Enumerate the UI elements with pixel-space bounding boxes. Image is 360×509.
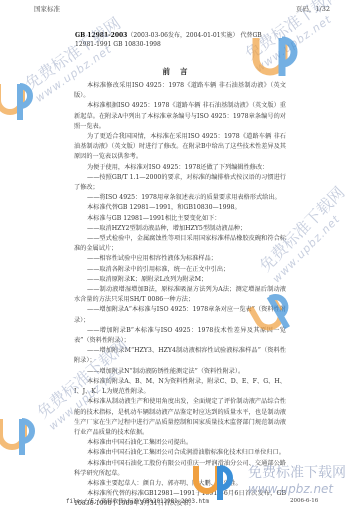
document-id-block: GB 12981-2003（2003-03-06发布，2004-01-01实施）…	[75, 31, 285, 49]
header-category: 国家标准	[34, 4, 60, 13]
paragraph: 本标准修改采用ISO 4925：1978《道路车辆 非石油基制动液》（英文版）。	[74, 81, 286, 101]
list-item: ——增加附录N“制动液防锈性能测定法”（资料性附录）。	[74, 367, 286, 377]
foreword-body: 本标准修改采用ISO 4925：1978《道路车辆 非石油基制动液》（英文版）。…	[74, 81, 286, 509]
list-item: ——型式检验中，金属腐蚀性等项目采用国家标准样品橡胶皮碗和符合标准的金属试片；	[74, 234, 286, 254]
list-item: ——增加附录A“本标准与ISO 4925：1978章条对应一览表”（资料性附录）…	[74, 305, 286, 325]
paragraph: 本标准根据ISO 4925：1978《道路车辆 非石油基制动液》（英文版）重新起…	[74, 101, 286, 132]
print-date: 2006-6-16	[290, 498, 318, 504]
paragraph: 本标准由中国石油化工股份有限公司重庆一坪润滑油分公司、交通部公路科学研究所起草。	[74, 459, 286, 479]
list-item: ——取消各附录中的引用标准，统一在正文中引出；	[74, 265, 286, 275]
watermark-logo-left	[0, 80, 44, 134]
paragraph: 本标准由中国石油化工集团公司提出。	[74, 438, 286, 448]
standard-code: GB 12981-2003	[75, 32, 127, 39]
list-item: ——按照GB/T 1.1—2000的要求，对标准的编排格式按汉语的习惯进行了修改…	[74, 173, 286, 193]
paragraph: 为了更适合我国国情，本标准在采用ISO 4925：1978《道路车辆 非石油基制…	[74, 132, 286, 163]
list-item: ——相容性试验中应用相容性液体为标准样品；	[74, 254, 286, 264]
up-logo-icon	[0, 80, 44, 130]
list-item: ——增加附录B“本标准与ISO 4925：1978技术性差异及其原因一览表”（资…	[74, 326, 286, 346]
list-item: ——制动液增湿增加B法，原标准吸湿方法列为A法；测定增湿后制动液水含量的方法只采…	[74, 285, 286, 305]
paragraph: 本标准与GB 12981—1991相比主要变化如下：	[74, 214, 286, 224]
page-number: 页码，1/32	[296, 4, 330, 13]
watermark-logo-bottom-left	[0, 415, 46, 469]
list-item: ——取消HZY2型制动液品种，增加HZY5型制动液品种；	[74, 224, 286, 234]
list-item: ——增加附录M“HZY3、HZY4制动液相容性试验液标准样品”（资料性附录）；	[74, 346, 286, 366]
page-title: 前言	[0, 66, 360, 77]
list-item: ——将ISO 4925：1978用章条叙述表示的质量要求用表格形式给出。	[74, 193, 286, 203]
list-item: ——取消原附录K；原附录L改列为附录M；	[74, 275, 286, 285]
up-logo-icon	[0, 415, 46, 465]
file-path: file://E:\资料收集\标准\GB%2012981-2003.htm	[66, 496, 209, 505]
paragraph: 本标准的附录A、B、M、N为资料性附录，附录C、D、E、F、G、H、I、J、K、…	[74, 377, 286, 397]
paragraph: 为便于使用，本标准对ISO 4925：1978还做了下列编辑性修改：	[74, 163, 286, 173]
issue-dates: （2003-03-06发布，2004-01-01实施） 代替GB	[127, 32, 261, 39]
paragraph: 本标准由中国石油化工集团公司合成润滑油脂标准化技术归口单位归口。	[74, 448, 286, 458]
paragraph: 本标准从制动液生产和使用角度出发，全面规定了评价制动液产品综合性能的技术指标，是…	[74, 397, 286, 438]
paragraph: 本标准代替GB 12981—1991，和GB10830—1998。	[74, 203, 286, 213]
replaces-standards: 12981-1991 GB 10830-1998	[75, 41, 161, 48]
paragraph: 本标准主要起草人：颜自力、郭亦明、陈大鹏、刘兴胜。	[74, 479, 286, 489]
